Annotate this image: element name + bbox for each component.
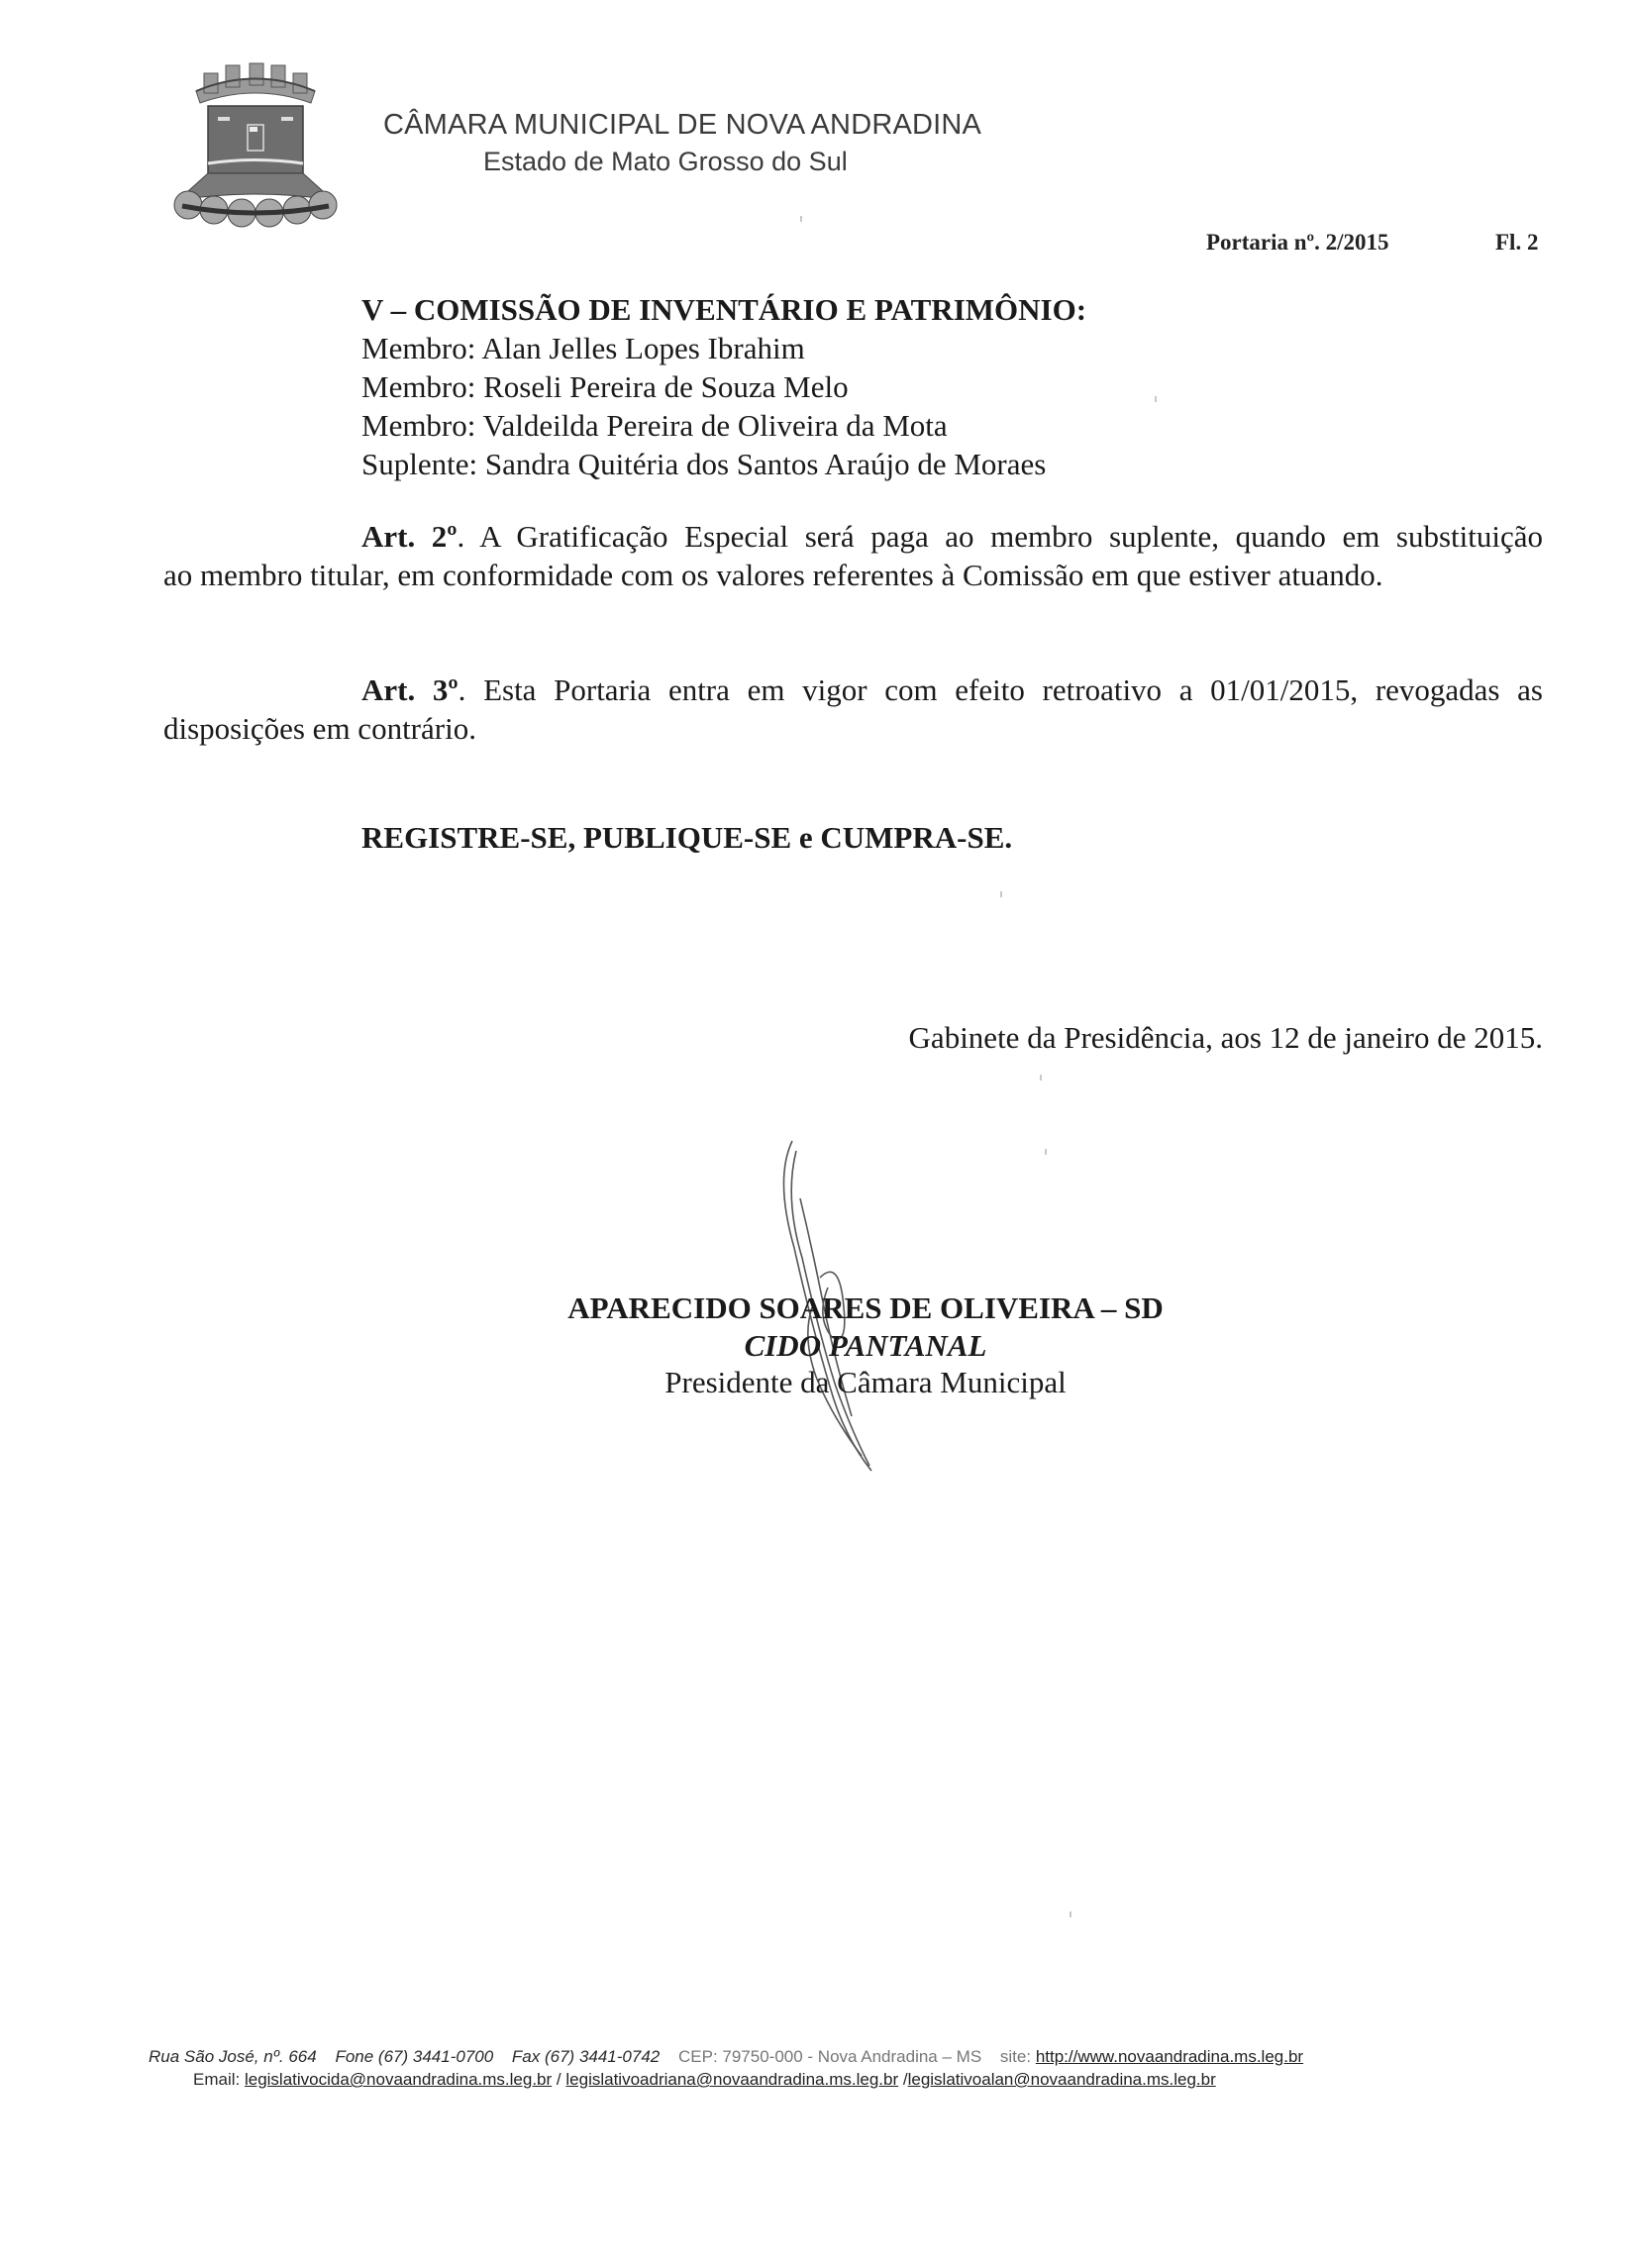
- commission-members-list: Membro: Alan Jelles Lopes Ibrahim Membro…: [361, 329, 1046, 483]
- article-label: Art. 2º: [361, 519, 458, 554]
- letterhead-subtitle: Estado de Mato Grosso do Sul: [483, 147, 848, 177]
- signatory-alias: CIDO PANTANAL: [0, 1328, 1632, 1364]
- date-line: Gabinete da Presidência, aos 12 de janei…: [909, 1020, 1543, 1056]
- list-item: Membro: Roseli Pereira de Souza Melo: [361, 367, 1046, 406]
- commission-heading: V – COMISSÃO DE INVENTÁRIO E PATRIMÔNIO:: [361, 292, 1086, 328]
- article-label: Art. 3º: [361, 672, 459, 707]
- portaria-number: Portaria nº. 2/2015: [1206, 230, 1389, 256]
- footer-site-label: site:: [1000, 2047, 1031, 2066]
- email-link-cida[interactable]: legislativocida@novaandradina.ms.leg.br: [245, 2070, 552, 2089]
- letterhead-title: CÂMARA MUNICIPAL DE NOVA ANDRADINA: [383, 109, 981, 142]
- footer-fax: Fax (67) 3441-0742: [512, 2047, 660, 2066]
- separator: /: [557, 2070, 561, 2089]
- scan-speck: [1045, 1149, 1047, 1155]
- page-folio: Fl. 2: [1495, 230, 1538, 256]
- list-item: Membro: Alan Jelles Lopes Ibrahim: [361, 329, 1046, 367]
- scan-speck: [1000, 891, 1002, 897]
- scan-speck: [1155, 396, 1157, 402]
- scan-speck: [800, 216, 802, 222]
- scan-speck: [1070, 1911, 1071, 1917]
- signatory-role: Presidente da Câmara Municipal: [0, 1365, 1632, 1400]
- signatory-name: APARECIDO SOARES DE OLIVEIRA – SD: [0, 1290, 1632, 1326]
- article-text: . Esta Portaria entra em vigor com efeit…: [459, 672, 1543, 707]
- list-item: Suplente: Sandra Quitéria dos Santos Ara…: [361, 445, 1046, 483]
- list-item: Membro: Valdeilda Pereira de Oliveira da…: [361, 406, 1046, 445]
- footer-email-label: Email:: [193, 2070, 240, 2089]
- email-link-adriana[interactable]: legislativoadriana@novaandradina.ms.leg.…: [565, 2070, 898, 2089]
- closing-formula: REGISTRE-SE, PUBLIQUE-SE e CUMPRA-SE.: [361, 820, 1012, 856]
- article-2: Art. 2º. A Gratificação Especial será pa…: [163, 517, 1543, 594]
- footer-site-link[interactable]: http://www.novaandradina.ms.leg.br: [1036, 2047, 1303, 2066]
- article-text: . A Gratificação Especial será paga ao m…: [458, 519, 1543, 554]
- footer-contact-line: Rua São José, nº. 664 Fone (67) 3441-070…: [149, 2047, 1303, 2067]
- scan-speck: [1040, 1075, 1042, 1081]
- footer-cep: CEP: 79750-000 - Nova Andradina – MS: [678, 2047, 981, 2066]
- footer-address: Rua São José, nº. 664: [149, 2047, 317, 2066]
- article-text-continued: disposições em contrário.: [163, 709, 1543, 748]
- email-link-alan[interactable]: legislativoalan@novaandradina.ms.leg.br: [908, 2070, 1216, 2089]
- municipal-coat-of-arms-icon: [166, 61, 345, 228]
- footer-phone: Fone (67) 3441-0700: [335, 2047, 493, 2066]
- article-3: Art. 3º. Esta Portaria entra em vigor co…: [163, 670, 1543, 748]
- footer-email-line: Email: legislativocida@novaandradina.ms.…: [193, 2070, 1216, 2090]
- article-text-continued: ao membro titular, em conformidade com o…: [163, 556, 1543, 594]
